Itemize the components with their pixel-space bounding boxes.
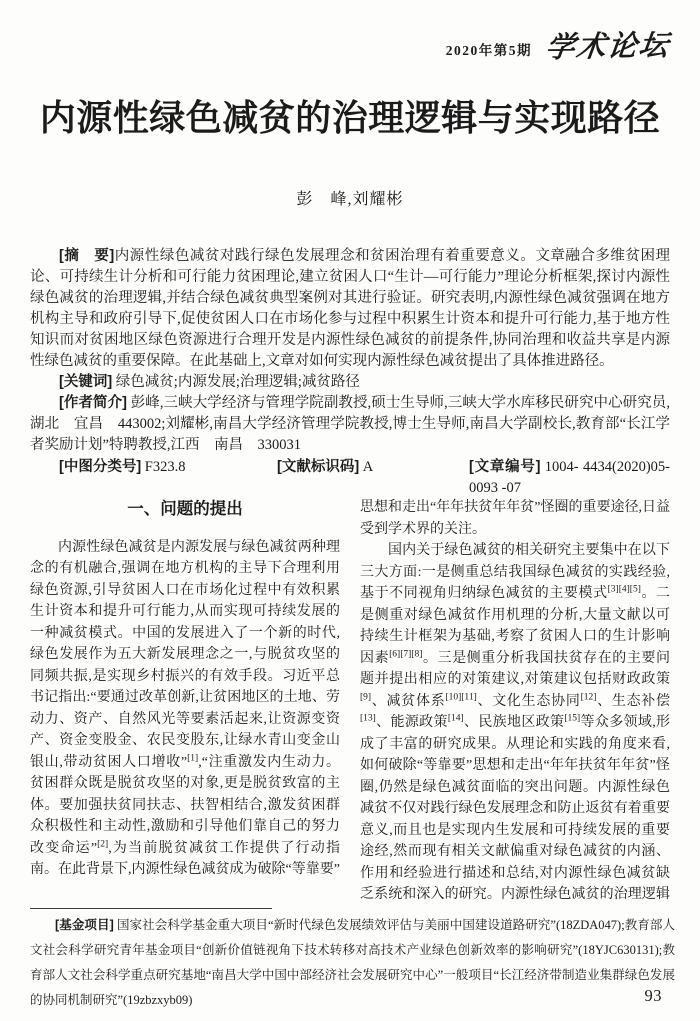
doc-code-segment: [文献标识码] A <box>277 457 469 499</box>
article-authors: 彭 峰,刘耀彬 <box>0 186 700 209</box>
clc-segment: [中图分类号] F323.8 <box>59 457 277 499</box>
author-bio-paragraph: [作者简介] 彭峰,三峡大学经济与管理学院副教授,硕士生导师,三峡大学水库移民研… <box>30 393 670 456</box>
footnote-divider-rule <box>30 908 272 909</box>
fund-label: [基金项目] <box>55 918 114 932</box>
abstract-text: 内源性绿色减贫对践行绿色发展理念和贫困治理有着重要意义。文章融合多维贫困理论、可… <box>30 248 670 369</box>
article-id-segment: [文章编号] 1004- 4434(2020)05- 0093 -07 <box>469 457 670 499</box>
fund-text: 国家社会科学基金重大项目“新时代绿色发展绩效评估与美丽中国建设道路研究”(18Z… <box>30 918 675 1007</box>
doc-code-value: A <box>363 459 373 475</box>
keywords-text: 绿色减贫;内源发展;治理逻辑;减贫路径 <box>116 374 360 390</box>
abstract-paragraph: [摘 要]内源性绿色减贫对践行绿色发展理念和贫困治理有着重要意义。文章融合多维贫… <box>30 246 670 372</box>
abstract-label: [摘 要] <box>59 248 114 264</box>
article-id-label: [文章编号] <box>469 459 540 475</box>
journal-name-calligraphy: 学术论坛 <box>543 23 672 66</box>
doc-code-label: [文献标识码] <box>277 459 359 475</box>
keywords-label: [关键词] <box>59 374 112 390</box>
keywords-paragraph: [关键词] 绿色减贫;内源发展;治理逻辑;减贫路径 <box>30 372 670 393</box>
fund-note: [基金项目] 国家社会科学基金重大项目“新时代绿色发展绩效评估与美丽中国建设道路… <box>30 913 675 1013</box>
journal-page: 2020年第5期 学术论坛 内源性绿色减贫的治理逻辑与实现路径 彭 峰,刘耀彬 … <box>0 0 700 1021</box>
article-meta-block: [摘 要]内源性绿色减贫对践行绿色发展理念和贫困治理有着重要意义。文章融合多维贫… <box>30 246 670 499</box>
issue-info: 2020年第5期 <box>446 39 532 65</box>
page-number: 93 <box>645 986 663 1006</box>
body-paragraph-2: 国内关于绿色减贫的相关研究主要集中在以下三大方面:一是侧重总结我国绿色减贫的实践… <box>360 497 670 909</box>
section-heading: 一、问题的提出 <box>30 499 340 521</box>
classification-line: [中图分类号] F323.8 [文献标识码] A [文章编号] 1004- 44… <box>30 457 670 499</box>
clc-label: [中图分类号] <box>59 459 141 475</box>
page-header: 2020年第5期 学术论坛 <box>446 24 670 65</box>
article-title: 内源性绿色减贫的治理逻辑与实现路径 <box>0 90 700 141</box>
clc-value: F323.8 <box>145 459 186 475</box>
author-bio-label: [作者简介] <box>59 395 127 411</box>
article-body-columns: 一、问题的提出 内源性绿色减贫是内源发展与绿色减贫两种理念的有机融合,强调在地方… <box>30 497 670 909</box>
